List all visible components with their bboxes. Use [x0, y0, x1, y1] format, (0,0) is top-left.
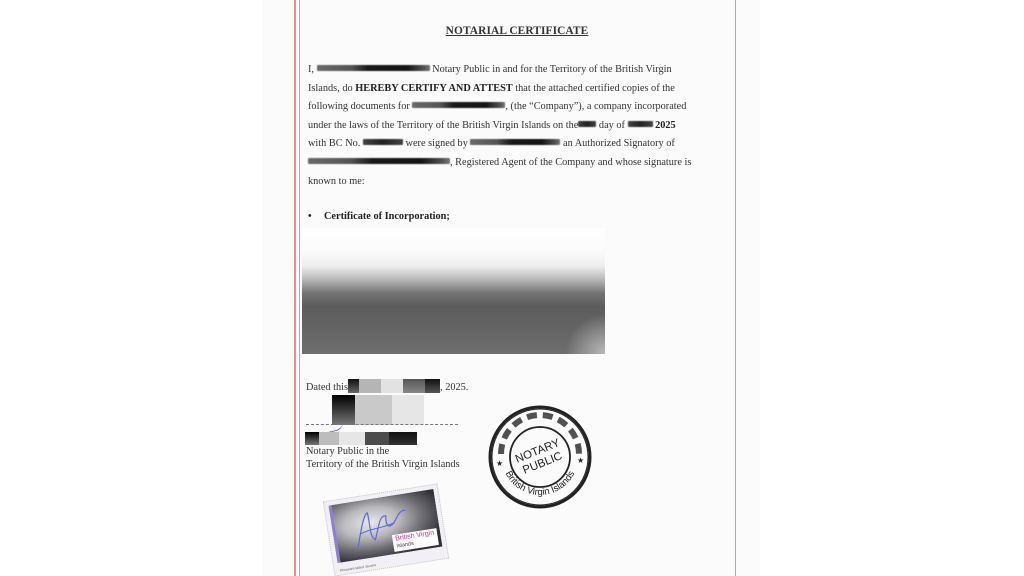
paragraph-line-5: with BC No. were signed by an Authorized… — [308, 135, 713, 154]
redacted-date — [348, 379, 440, 393]
paragraph-line-1: I, Notary Public in and for the Territor… — [308, 61, 713, 80]
page-border-right — [735, 0, 737, 576]
redacted-company-name — [412, 102, 505, 108]
paragraph-line-4: under the laws of the Territory of the B… — [308, 117, 713, 136]
paragraph-line-2: Islands, do HEREBY CERTIFY AND ATTEST th… — [308, 80, 713, 99]
paragraph-line-3: following documents for , (the “Company”… — [308, 98, 713, 117]
paragraph-line-7: known to me: — [308, 173, 713, 192]
page-border-left-outer — [294, 0, 296, 576]
redacted-month — [628, 121, 653, 127]
notary-designation: Notary Public in the Territory of the Br… — [306, 446, 460, 471]
redacted-bc-number — [363, 139, 403, 145]
document-title: NOTARIAL CERTIFICATE — [300, 25, 734, 37]
redacted-day — [578, 121, 596, 127]
seal-star-right-icon: ★ — [577, 456, 584, 465]
dated-line: Dated this, 2025. — [306, 379, 468, 393]
redacted-signature — [332, 395, 427, 425]
paragraph-line-6: , Registered Agent of the Company and wh… — [308, 154, 713, 173]
certification-paragraph: I, Notary Public in and for the Territor… — [308, 61, 713, 191]
bullet-icon: • — [308, 211, 324, 222]
signature-line — [306, 424, 458, 425]
seal-ring-text: British Virgin Islands — [503, 469, 577, 498]
redacted-registered-agent — [308, 158, 450, 164]
redacted-document-list — [302, 228, 605, 354]
redacted-signatory-name — [470, 139, 560, 145]
seal-star-left-icon: ★ — [496, 459, 503, 468]
document-list-item: •Certificate of Incorporation; — [308, 211, 450, 222]
redacted-notary-name — [317, 65, 430, 71]
redacted-notary-signature-name — [305, 432, 417, 445]
notary-seal: NOTARY PUBLIC British Virgin Islands ★ ★ — [487, 404, 593, 510]
page-border-left-inner — [299, 0, 301, 576]
